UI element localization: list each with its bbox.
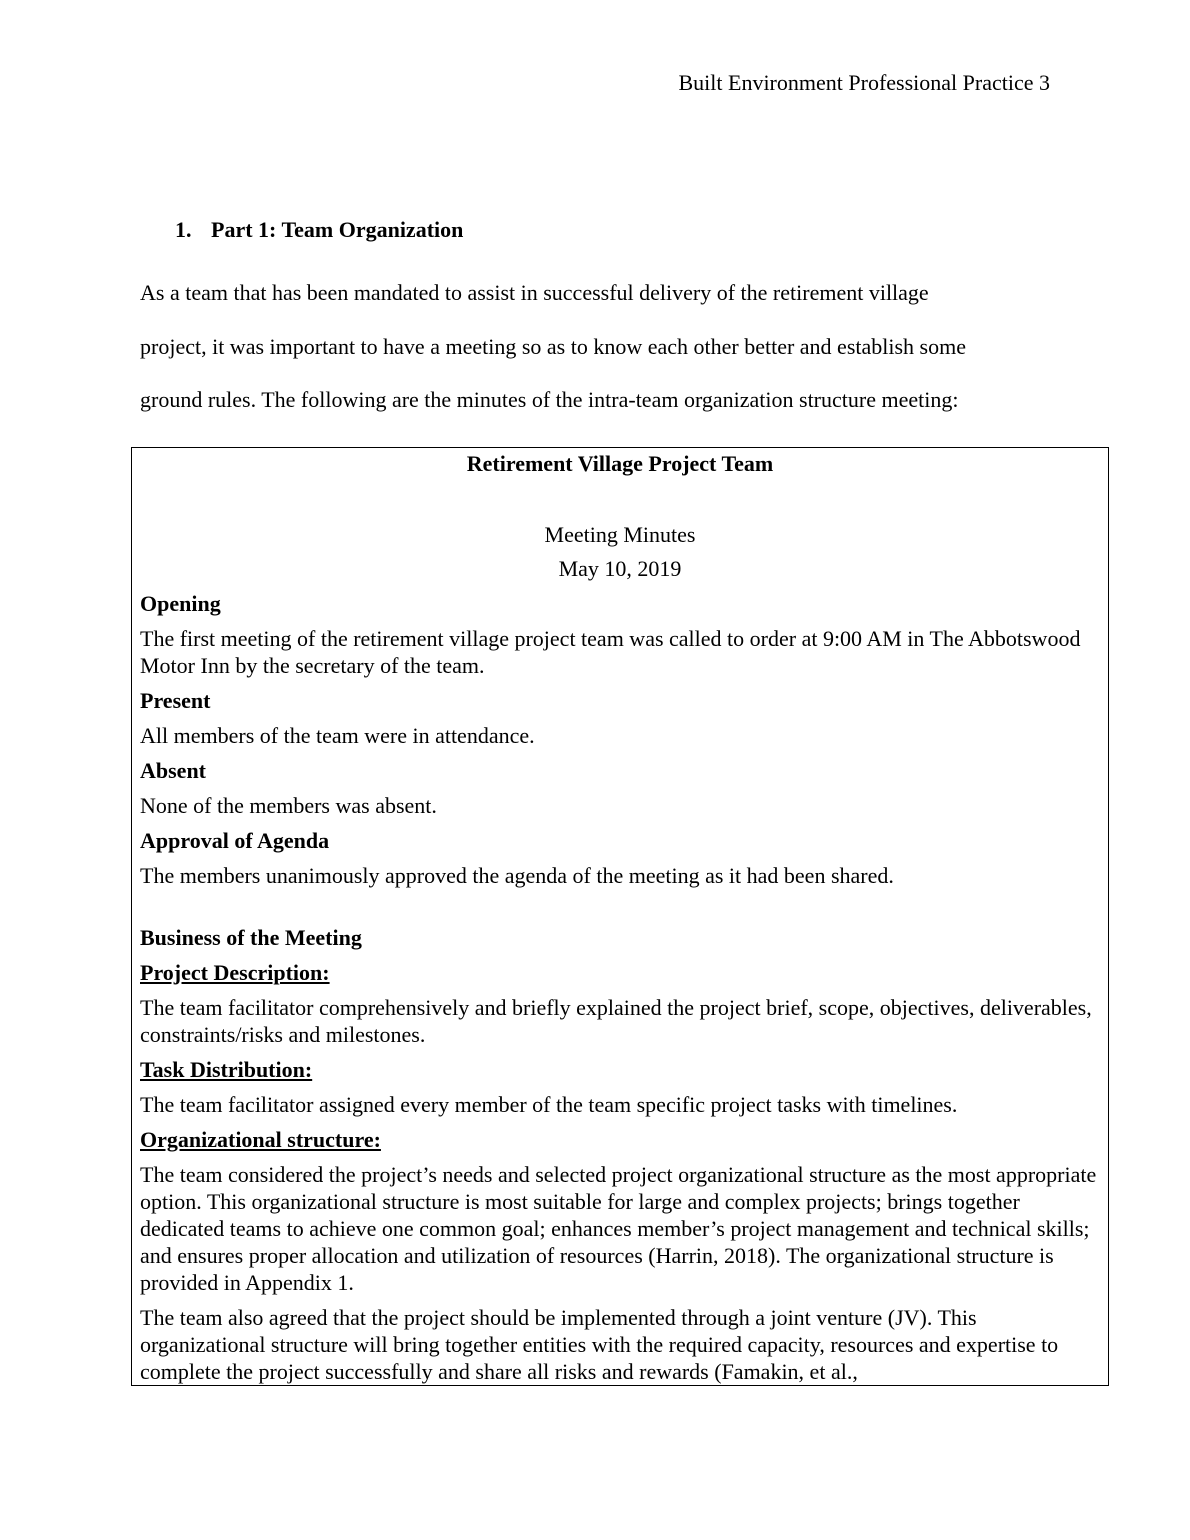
business-heading: Business of the Meeting — [140, 924, 1100, 951]
project-description-heading: Project Description: — [140, 959, 1100, 986]
organizational-structure-heading: Organizational structure: — [140, 1126, 1100, 1153]
minutes-date: May 10, 2019 — [140, 555, 1100, 582]
intro-line: project, it was important to have a meet… — [140, 320, 1040, 374]
section-number: 1. — [175, 217, 211, 243]
task-distribution-text: The team facilitator assigned every memb… — [140, 1091, 1100, 1118]
minutes-subtitle: Meeting Minutes — [140, 521, 1100, 548]
absent-text: None of the members was absent. — [140, 792, 1100, 819]
intro-line: As a team that has been mandated to assi… — [140, 266, 1040, 320]
absent-heading: Absent — [140, 757, 1100, 784]
section-title: Part 1: Team Organization — [211, 217, 463, 242]
opening-heading: Opening — [140, 590, 1100, 617]
organizational-structure-text: The team considered the project’s needs … — [140, 1161, 1100, 1296]
agenda-text: The members unanimously approved the age… — [140, 862, 1100, 889]
agenda-heading: Approval of Agenda — [140, 827, 1100, 854]
task-distribution-heading: Task Distribution: — [140, 1056, 1100, 1083]
meeting-minutes-box: Retirement Village Project Team Meeting … — [131, 447, 1109, 1386]
spacer — [140, 889, 1100, 916]
intro-line: ground rules. The following are the minu… — [140, 373, 1040, 427]
joint-venture-text: The team also agreed that the project sh… — [140, 1304, 1100, 1385]
opening-text: The first meeting of the retirement vill… — [140, 625, 1100, 679]
project-description-text: The team facilitator comprehensively and… — [140, 994, 1100, 1048]
present-heading: Present — [140, 687, 1100, 714]
running-header: Built Environment Professional Practice … — [679, 70, 1051, 96]
intro-paragraph: As a team that has been mandated to assi… — [140, 266, 1040, 427]
minutes-title: Retirement Village Project Team — [140, 450, 1100, 477]
present-text: All members of the team were in attendan… — [140, 722, 1100, 749]
section-heading: 1.Part 1: Team Organization — [175, 217, 463, 243]
